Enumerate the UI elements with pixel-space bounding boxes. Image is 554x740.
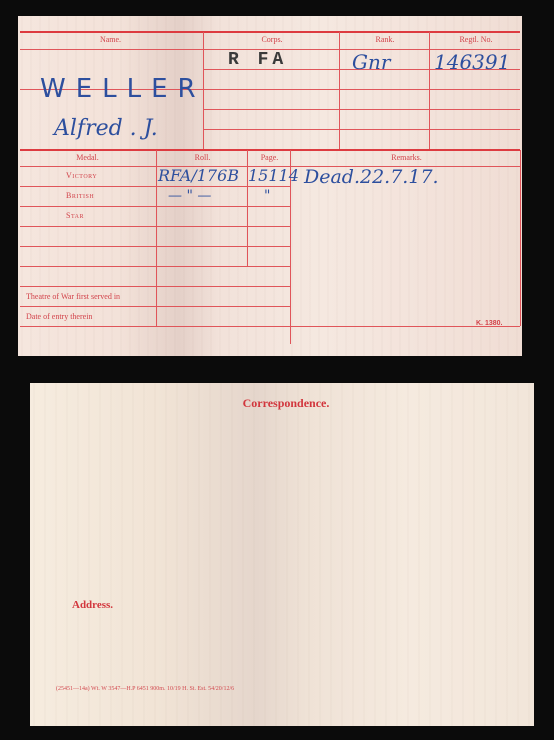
form-code: K. 1380.	[476, 320, 502, 327]
header-regt-no: Regtl. No.	[430, 35, 522, 44]
corps-value: R FA	[228, 50, 287, 70]
page-victory: 15114	[248, 166, 299, 185]
remarks-value: Dead.22.7.17.	[304, 166, 439, 188]
forename: Alfred . J.	[54, 116, 158, 141]
header-name: Name.	[18, 35, 203, 44]
medal-card-front: Name. Corps. Rank. Regtl. No. WELLER Alf…	[18, 16, 522, 356]
print-footer: (25451—14a) Wt. W 3547—H.P 6451 900m. 10…	[56, 686, 234, 692]
surname: WELLER	[40, 74, 206, 104]
rank-value: Gnr	[352, 50, 390, 74]
entry-date-label: Date of entry therein	[26, 312, 92, 321]
medal-victory: Victory	[66, 171, 97, 180]
regt-no-value: 146391	[434, 50, 510, 74]
medal-card-back: Correspondence. Address. (25451—14a) Wt.…	[30, 383, 534, 726]
rule	[204, 129, 520, 130]
medal-star: Star	[66, 211, 84, 220]
theatre-label: Theatre of War first served in	[26, 292, 120, 301]
address-label: Address.	[72, 599, 113, 611]
header-roll: Roll.	[157, 153, 248, 162]
correspondence-title: Correspondence.	[30, 396, 534, 411]
roll-british: — " —	[168, 188, 211, 204]
page-british: "	[264, 188, 270, 204]
roll-victory: RFA/176B	[158, 166, 239, 185]
divider	[339, 32, 340, 149]
top-rule	[20, 31, 520, 33]
header-remarks: Remarks.	[291, 153, 522, 162]
section-rule	[20, 149, 520, 151]
header-medal: Medal.	[18, 153, 157, 162]
rule	[20, 326, 520, 327]
rule	[204, 109, 520, 110]
divider	[429, 32, 430, 149]
header-rank: Rank.	[340, 35, 430, 44]
medal-british: British	[66, 191, 94, 200]
header-page: Page.	[248, 153, 291, 162]
right-border	[520, 150, 521, 326]
header-corps: Corps.	[204, 35, 340, 44]
divider	[156, 150, 157, 326]
